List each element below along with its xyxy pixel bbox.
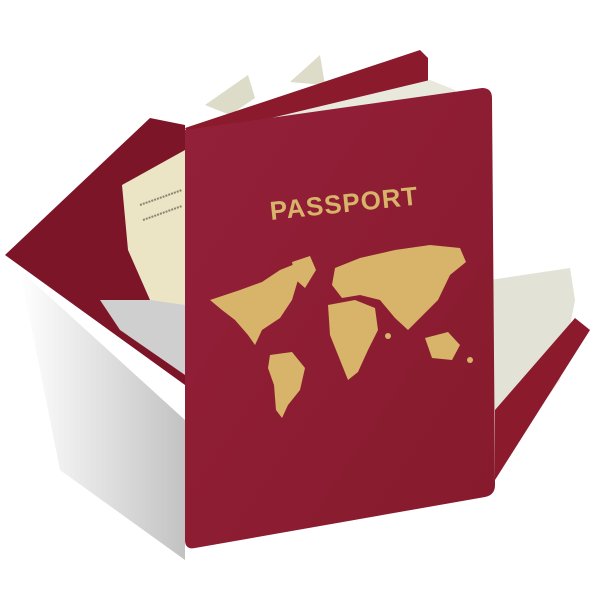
passport-cover-photo: PASSPORT [0, 0, 600, 600]
page-corner [290, 55, 325, 85]
passport-illustration [0, 0, 600, 600]
